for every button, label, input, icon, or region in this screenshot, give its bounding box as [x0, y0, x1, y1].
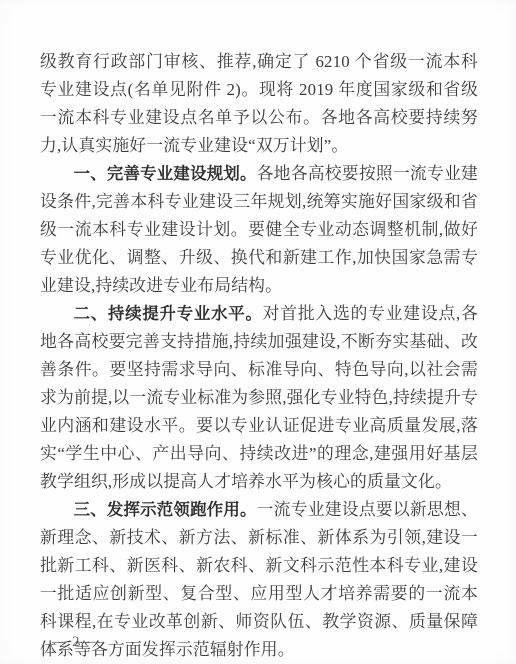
- paragraph-heading: 一、完善专业建设规划。: [74, 165, 257, 183]
- paragraph-text: 对首批入选的专业建设点,各地各高校要完善支持措施,持续加强建设,不断夯实基础、改…: [40, 304, 478, 491]
- paragraph-heading: 二、持续提升专业水平。: [74, 305, 263, 323]
- body-paragraph: 一、完善专业建设规划。各地各高校要按照一流专业建设条件,完善本科专业建设三年规划…: [40, 160, 478, 300]
- paragraph-text: 一流专业建设点要以新思想、新理念、新技术、新方法、新标准、新体系为引领,建设一批…: [40, 500, 478, 659]
- document-body: 级教育行政部门审核、推荐,确定了 6210 个省级一流本科专业建设点(名单见附件…: [40, 48, 478, 664]
- body-paragraph: 级教育行政部门审核、推荐,确定了 6210 个省级一流本科专业建设点(名单见附件…: [40, 48, 478, 160]
- paragraph-heading: 三、发挥示范领跑作用。: [74, 501, 257, 519]
- paragraph-text: 各地各高校要按照一流专业建设条件,完善本科专业建设三年规划,统筹实施好国家级和省…: [40, 164, 478, 295]
- document-page: 级教育行政部门审核、推荐,确定了 6210 个省级一流本科专业建设点(名单见附件…: [0, 0, 516, 664]
- body-paragraph: 三、发挥示范领跑作用。一流专业建设点要以新思想、新理念、新技术、新方法、新标准、…: [40, 496, 478, 664]
- paragraph-text: 级教育行政部门审核、推荐,确定了 6210 个省级一流本科专业建设点(名单见附件…: [40, 52, 478, 155]
- page-number: — 2 —: [40, 632, 101, 652]
- body-paragraph: 二、持续提升专业水平。对首批入选的专业建设点,各地各高校要完善支持措施,持续加强…: [40, 300, 478, 496]
